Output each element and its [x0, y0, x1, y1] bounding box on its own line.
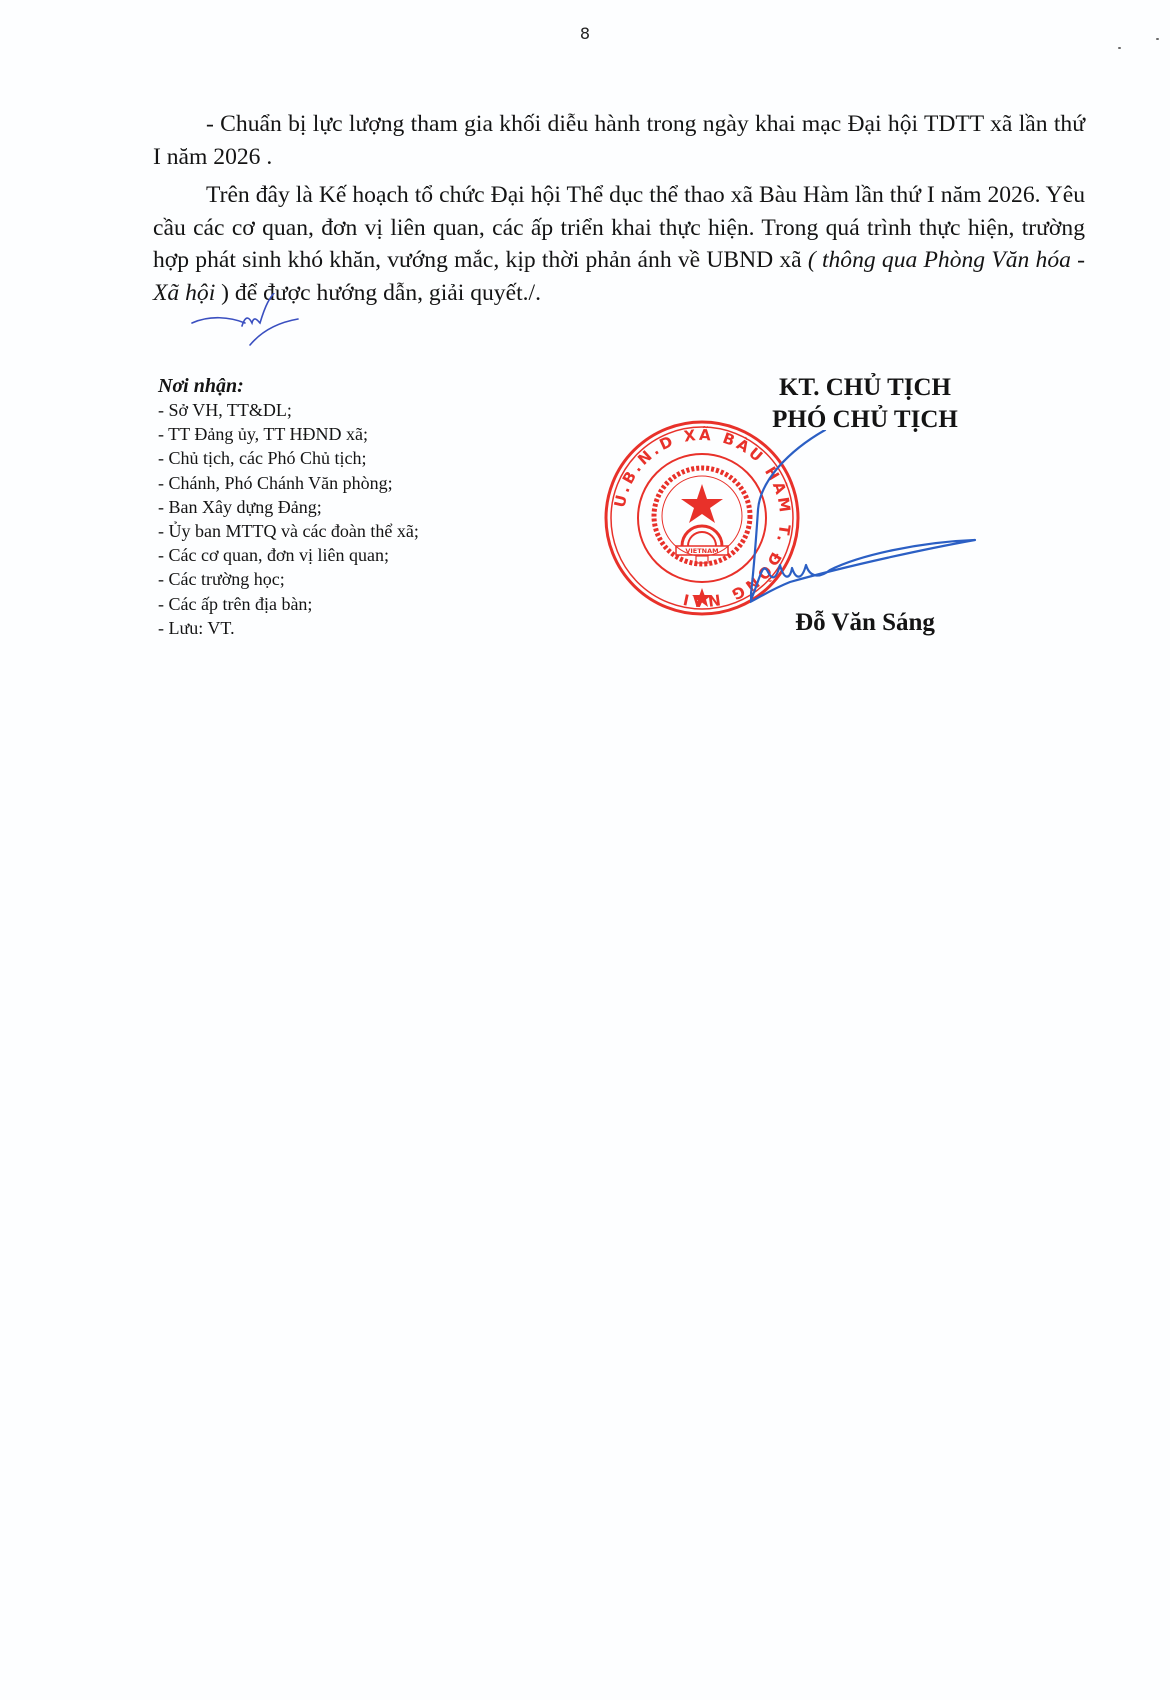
- body-paragraph: - Chuẩn bị lực lượng tham gia khối diễu …: [153, 108, 1085, 173]
- recipient-item: - Lưu: VT.: [158, 616, 518, 640]
- recipient-item: - Các trường học;: [158, 567, 518, 591]
- signature-title-line-1: KT. CHỦ TỊCH: [700, 372, 1030, 404]
- signer-name: Đỗ Văn Sáng: [700, 608, 1030, 638]
- initials-mark-icon: [190, 293, 300, 348]
- document-body: - Chuẩn bị lực lượng tham gia khối diễu …: [153, 108, 1085, 315]
- recipients-title: Nơi nhận:: [158, 374, 518, 398]
- recipient-item: - Chánh, Phó Chánh Văn phòng;: [158, 471, 518, 495]
- recipient-item: - Các cơ quan, đơn vị liên quan;: [158, 543, 518, 567]
- handwritten-signature-icon: [750, 430, 980, 610]
- recipient-item: - TT Đảng ủy, TT HĐND xã;: [158, 422, 518, 446]
- recipients-block: Nơi nhận: - Sở VH, TT&DL; - TT Đảng ủy, …: [158, 374, 518, 640]
- scan-artifact: [1118, 47, 1121, 49]
- recipient-item: - Các ấp trên địa bàn;: [158, 592, 518, 616]
- scan-artifact: [1156, 38, 1159, 40]
- recipients-list: - Sở VH, TT&DL; - TT Đảng ủy, TT HĐND xã…: [158, 398, 518, 640]
- recipient-item: - Ủy ban MTTQ và các đoàn thể xã;: [158, 519, 518, 543]
- body-paragraph: Trên đây là Kế hoạch tổ chức Đại hội Thể…: [153, 179, 1085, 309]
- emblem-text: VIETNAM: [685, 547, 718, 555]
- recipient-item: - Ban Xây dựng Đảng;: [158, 495, 518, 519]
- page-number: 8: [0, 24, 1170, 43]
- recipient-item: - Sở VH, TT&DL;: [158, 398, 518, 422]
- recipient-item: - Chủ tịch, các Phó Chủ tịch;: [158, 446, 518, 470]
